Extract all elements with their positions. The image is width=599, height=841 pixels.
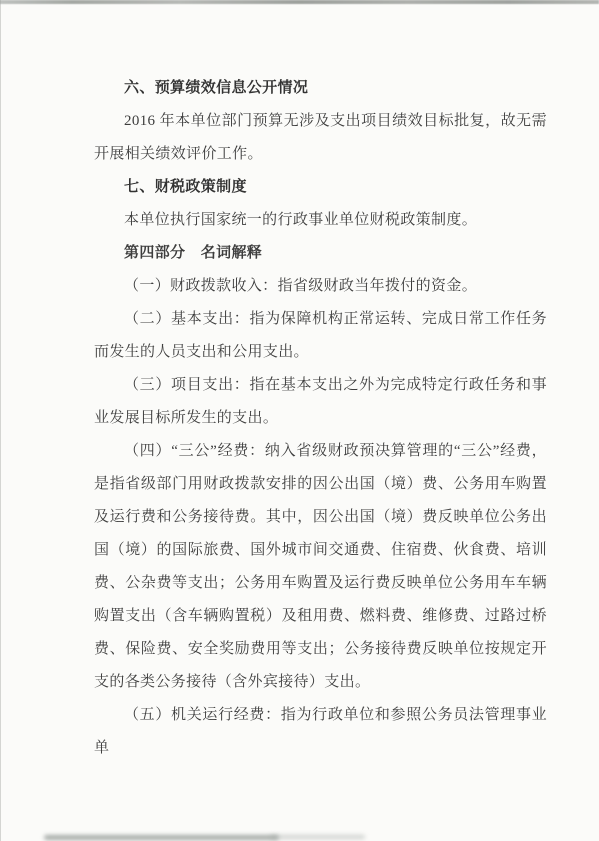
para-definition-project-expenditure: （三）项目支出：指在基本支出之外为完成特定行政任务和事业发展目标所发生的支出。	[94, 369, 547, 435]
para-performance-info-disclosure: 2016 年本单位部门预算无涉及支出项目绩效目标批复，故无需开展相关绩效评价工作…	[94, 105, 547, 171]
scanned-document-page: 六、预算绩效信息公开情况 2016 年本单位部门预算无涉及支出项目绩效目标批复，…	[0, 0, 599, 841]
document-body: 六、预算绩效信息公开情况 2016 年本单位部门预算无涉及支出项目绩效目标批复，…	[94, 72, 547, 765]
para-definition-agency-operating-funds: （五）机关运行经费：指为行政单位和参照公务员法管理事业单	[94, 699, 547, 765]
para-definition-basic-expenditure: （二）基本支出：指为保障机构正常运转、完成日常工作任务而发生的人员支出和公用支出…	[94, 303, 547, 369]
para-fiscal-tax-policy: 本单位执行国家统一的行政事业单位财税政策制度。	[94, 204, 547, 237]
scan-bottom-smudge	[44, 835, 279, 840]
part-title-glossary: 第四部分 名词解释	[94, 237, 547, 270]
scan-bottom-smudge-faint	[270, 835, 365, 839]
scan-top-edge-shadow	[0, 0, 599, 4]
para-definition-fiscal-appropriation-income: （一）财政拨款收入：指省级财政当年拨付的资金。	[94, 270, 547, 303]
para-definition-three-public-funds: （四）“三公”经费：纳入省级财政预决算管理的“三公”经费，是指省级部门用财政拨款…	[94, 435, 547, 699]
heading-performance-info-disclosure: 六、预算绩效信息公开情况	[94, 72, 547, 105]
scan-left-edge-line	[0, 0, 1, 841]
heading-fiscal-tax-policy: 七、财税政策制度	[94, 171, 547, 204]
